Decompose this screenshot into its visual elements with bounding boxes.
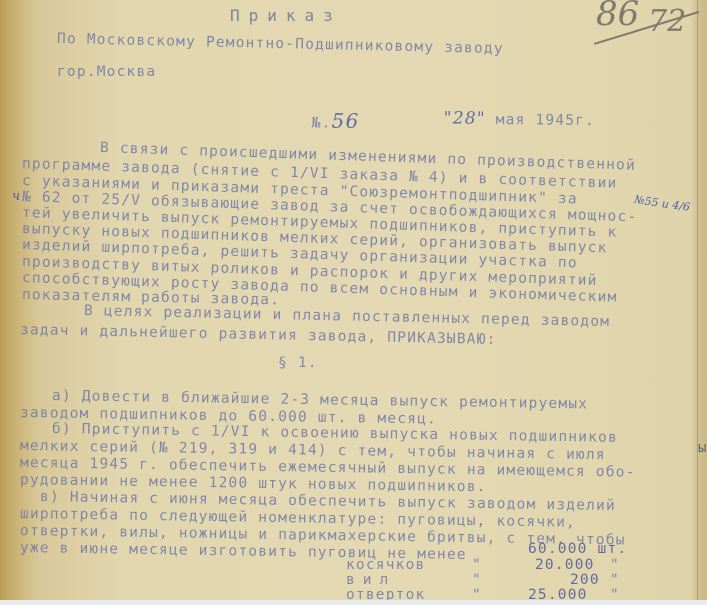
next-page-bleed: ы [698,440,706,456]
quota-item: косячков [346,557,425,573]
quota-unit: " [610,587,620,600]
addressee: По Московскому Ремонтно-Подшипниковому з… [57,31,504,57]
quota-item: отверток [346,587,425,600]
order-number: 56 [331,109,359,133]
quota-ditto: " [472,557,482,573]
city: гор.Москва [57,64,156,80]
margin-note-right: №55 и 4/6 [633,193,690,214]
order-date: "28" мая 1945г. [404,92,596,146]
number-prefix: №. [312,115,332,131]
document-title: Приказ [230,6,342,25]
quota-unit: " [610,557,620,573]
archive-number-pencil: 86 [596,0,639,34]
quota-ditto: " [472,572,482,588]
margin-note-left: ч [12,189,20,204]
quota-qty: 20.000 [535,557,595,573]
bottom-strip [0,600,707,605]
date-month-year: мая 1945г. [496,112,595,129]
quota-qty: 25.000 [528,587,588,600]
page-edge [697,0,698,600]
quota-unit: " [610,572,620,588]
quota-buttons: 60.000 шт. [528,541,627,557]
order-number-line: №.56 [272,92,360,149]
quota-qty: 200 [570,572,600,588]
quota-ditto: " [472,587,482,600]
date-day: "28" [444,108,486,128]
quota-item: вил [346,572,396,588]
document-photo: 86 72 Приказ По Московскому Ремонтно-Под… [0,0,707,600]
section-heading: § 1. [278,355,318,371]
